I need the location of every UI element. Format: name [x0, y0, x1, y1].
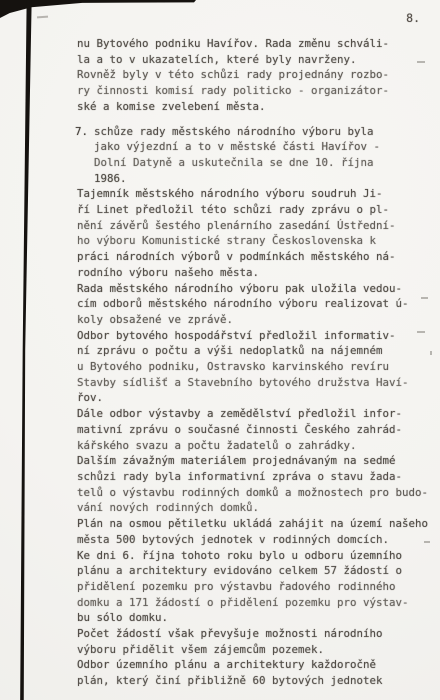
- text-line: Odbor územního plánu a architektury každ…: [77, 657, 437, 673]
- item-number: 7.: [75, 124, 88, 140]
- text-line: Odbor bytového hospodářství předložil in…: [77, 328, 437, 344]
- text-line: jako výjezdní a to v městské části Havíř…: [94, 139, 437, 155]
- text-line: mativní zprávu o současné činnosti České…: [77, 422, 437, 438]
- paragraph: Rada městského národního výboru pak ulož…: [77, 281, 437, 328]
- text-line: práci národních výborů v podmínkách měst…: [77, 249, 437, 265]
- text-line: Dále odbor výstavby a zemědělství předlo…: [77, 406, 437, 422]
- text-line: kářského svazu a počtu žadatelů o zahrád…: [77, 438, 437, 454]
- numbered-item: 7.schůze rady městského národního výboru…: [77, 124, 437, 187]
- text-line: koly obsažené ve zprávě.: [77, 312, 437, 328]
- text-line: výboru přidělit všem zájemcům pozemek.: [77, 642, 437, 658]
- text-line: vání nových rodinných domků.: [77, 500, 437, 516]
- text-line: rodního výboru našeho města.: [77, 265, 437, 281]
- text-line: Počet žádostí však převyšuje možnosti ná…: [77, 626, 437, 642]
- scan-edge-left: [0, 0, 36, 700]
- text-line: ské a komise zvelebení města.: [77, 99, 437, 115]
- text-line: plánu a architektury evidováno celkem 57…: [77, 563, 437, 579]
- text-line: u Bytového podniku, Ostravsko karvinskéh…: [77, 359, 437, 375]
- scan-artifact: [37, 16, 48, 18]
- paragraph: Plán na osmou pětiletku ukládá zahájit n…: [77, 516, 437, 547]
- document-body: nu Bytového podniku Havířov. Rada změnu …: [77, 0, 437, 689]
- text-line: cím odborů městského národního výboru re…: [77, 296, 437, 312]
- text-line: schůze rady městského národního výboru b…: [94, 124, 437, 140]
- text-line: schůzi rady byla informativní zpráva o s…: [77, 469, 437, 485]
- text-line: Dalším závažným materiálem projednávaným…: [77, 453, 437, 469]
- text-line: Rovněž byly v této schůzi rady projednán…: [77, 67, 437, 83]
- paragraph: Ke dni 6. října tohoto roku bylo u odbor…: [77, 548, 437, 627]
- text-line: la a to v ukazatelích, které byly navrže…: [77, 52, 437, 68]
- text-line: domku a 171 žádostí o přidělení pozemku …: [77, 595, 437, 611]
- scanned-document-page: 8. nu Bytového podniku Havířov. Rada změ…: [0, 0, 440, 700]
- scan-artifact: [424, 541, 430, 543]
- text-line: ho výboru Komunistické strany Českoslove…: [77, 233, 437, 249]
- text-line: řov.: [77, 390, 437, 406]
- scan-artifact: [417, 61, 425, 63]
- text-line: Ke dni 6. října tohoto roku bylo u odbor…: [77, 548, 437, 564]
- paragraph: nu Bytového podniku Havířov. Rada změnu …: [77, 36, 437, 115]
- scan-artifact: [417, 331, 425, 333]
- text-line: ní zprávu o počtu a výši nedoplatků na n…: [77, 343, 437, 359]
- text-line: Plán na osmou pětiletku ukládá zahájit n…: [77, 516, 437, 532]
- scan-artifact: [430, 351, 432, 355]
- paragraph: Dále odbor výstavby a zemědělství předlo…: [77, 406, 437, 453]
- text-line: bu sólo domku.: [77, 610, 437, 626]
- text-line: nu Bytového podniku Havířov. Rada změnu …: [77, 36, 437, 52]
- text-line: ry činnosti komisí rady politicko - orga…: [77, 83, 437, 99]
- paragraph: Dalším závažným materiálem projednávaným…: [77, 453, 437, 516]
- scan-artifact: [421, 297, 428, 299]
- text-line: ří Linet předložil této schůzi rady zprá…: [77, 202, 437, 218]
- text-line: telů o výstavbu rodinných domků a možnos…: [77, 485, 437, 501]
- text-line: města 500 bytových jednotek v rodinných …: [77, 532, 437, 548]
- text-line: Dolní Datyně a uskutečnila se dne 10. ří…: [94, 155, 437, 171]
- paragraph: Tajemník městského národního výboru soud…: [77, 186, 437, 280]
- paragraph: Počet žádostí však převyšuje možnosti ná…: [77, 626, 437, 657]
- text-line: nění závěrů šestého plenárního zasedání …: [77, 218, 437, 234]
- paragraph: Odbor územního plánu a architektury každ…: [77, 657, 437, 688]
- text-line: Tajemník městského národního výboru soud…: [77, 186, 437, 202]
- text-line: Rada městského národního výboru pak ulož…: [77, 281, 437, 297]
- text-line: přidělení pozemku pro výstavbu řadového …: [77, 579, 437, 595]
- text-line: plán, který činí přibližně 60 bytových j…: [77, 673, 437, 689]
- paragraph: Odbor bytového hospodářství předložil in…: [77, 328, 437, 407]
- text-line: 1986.: [94, 171, 437, 187]
- text-line: Stavby sídlišť a Stavebního bytového dru…: [77, 375, 437, 391]
